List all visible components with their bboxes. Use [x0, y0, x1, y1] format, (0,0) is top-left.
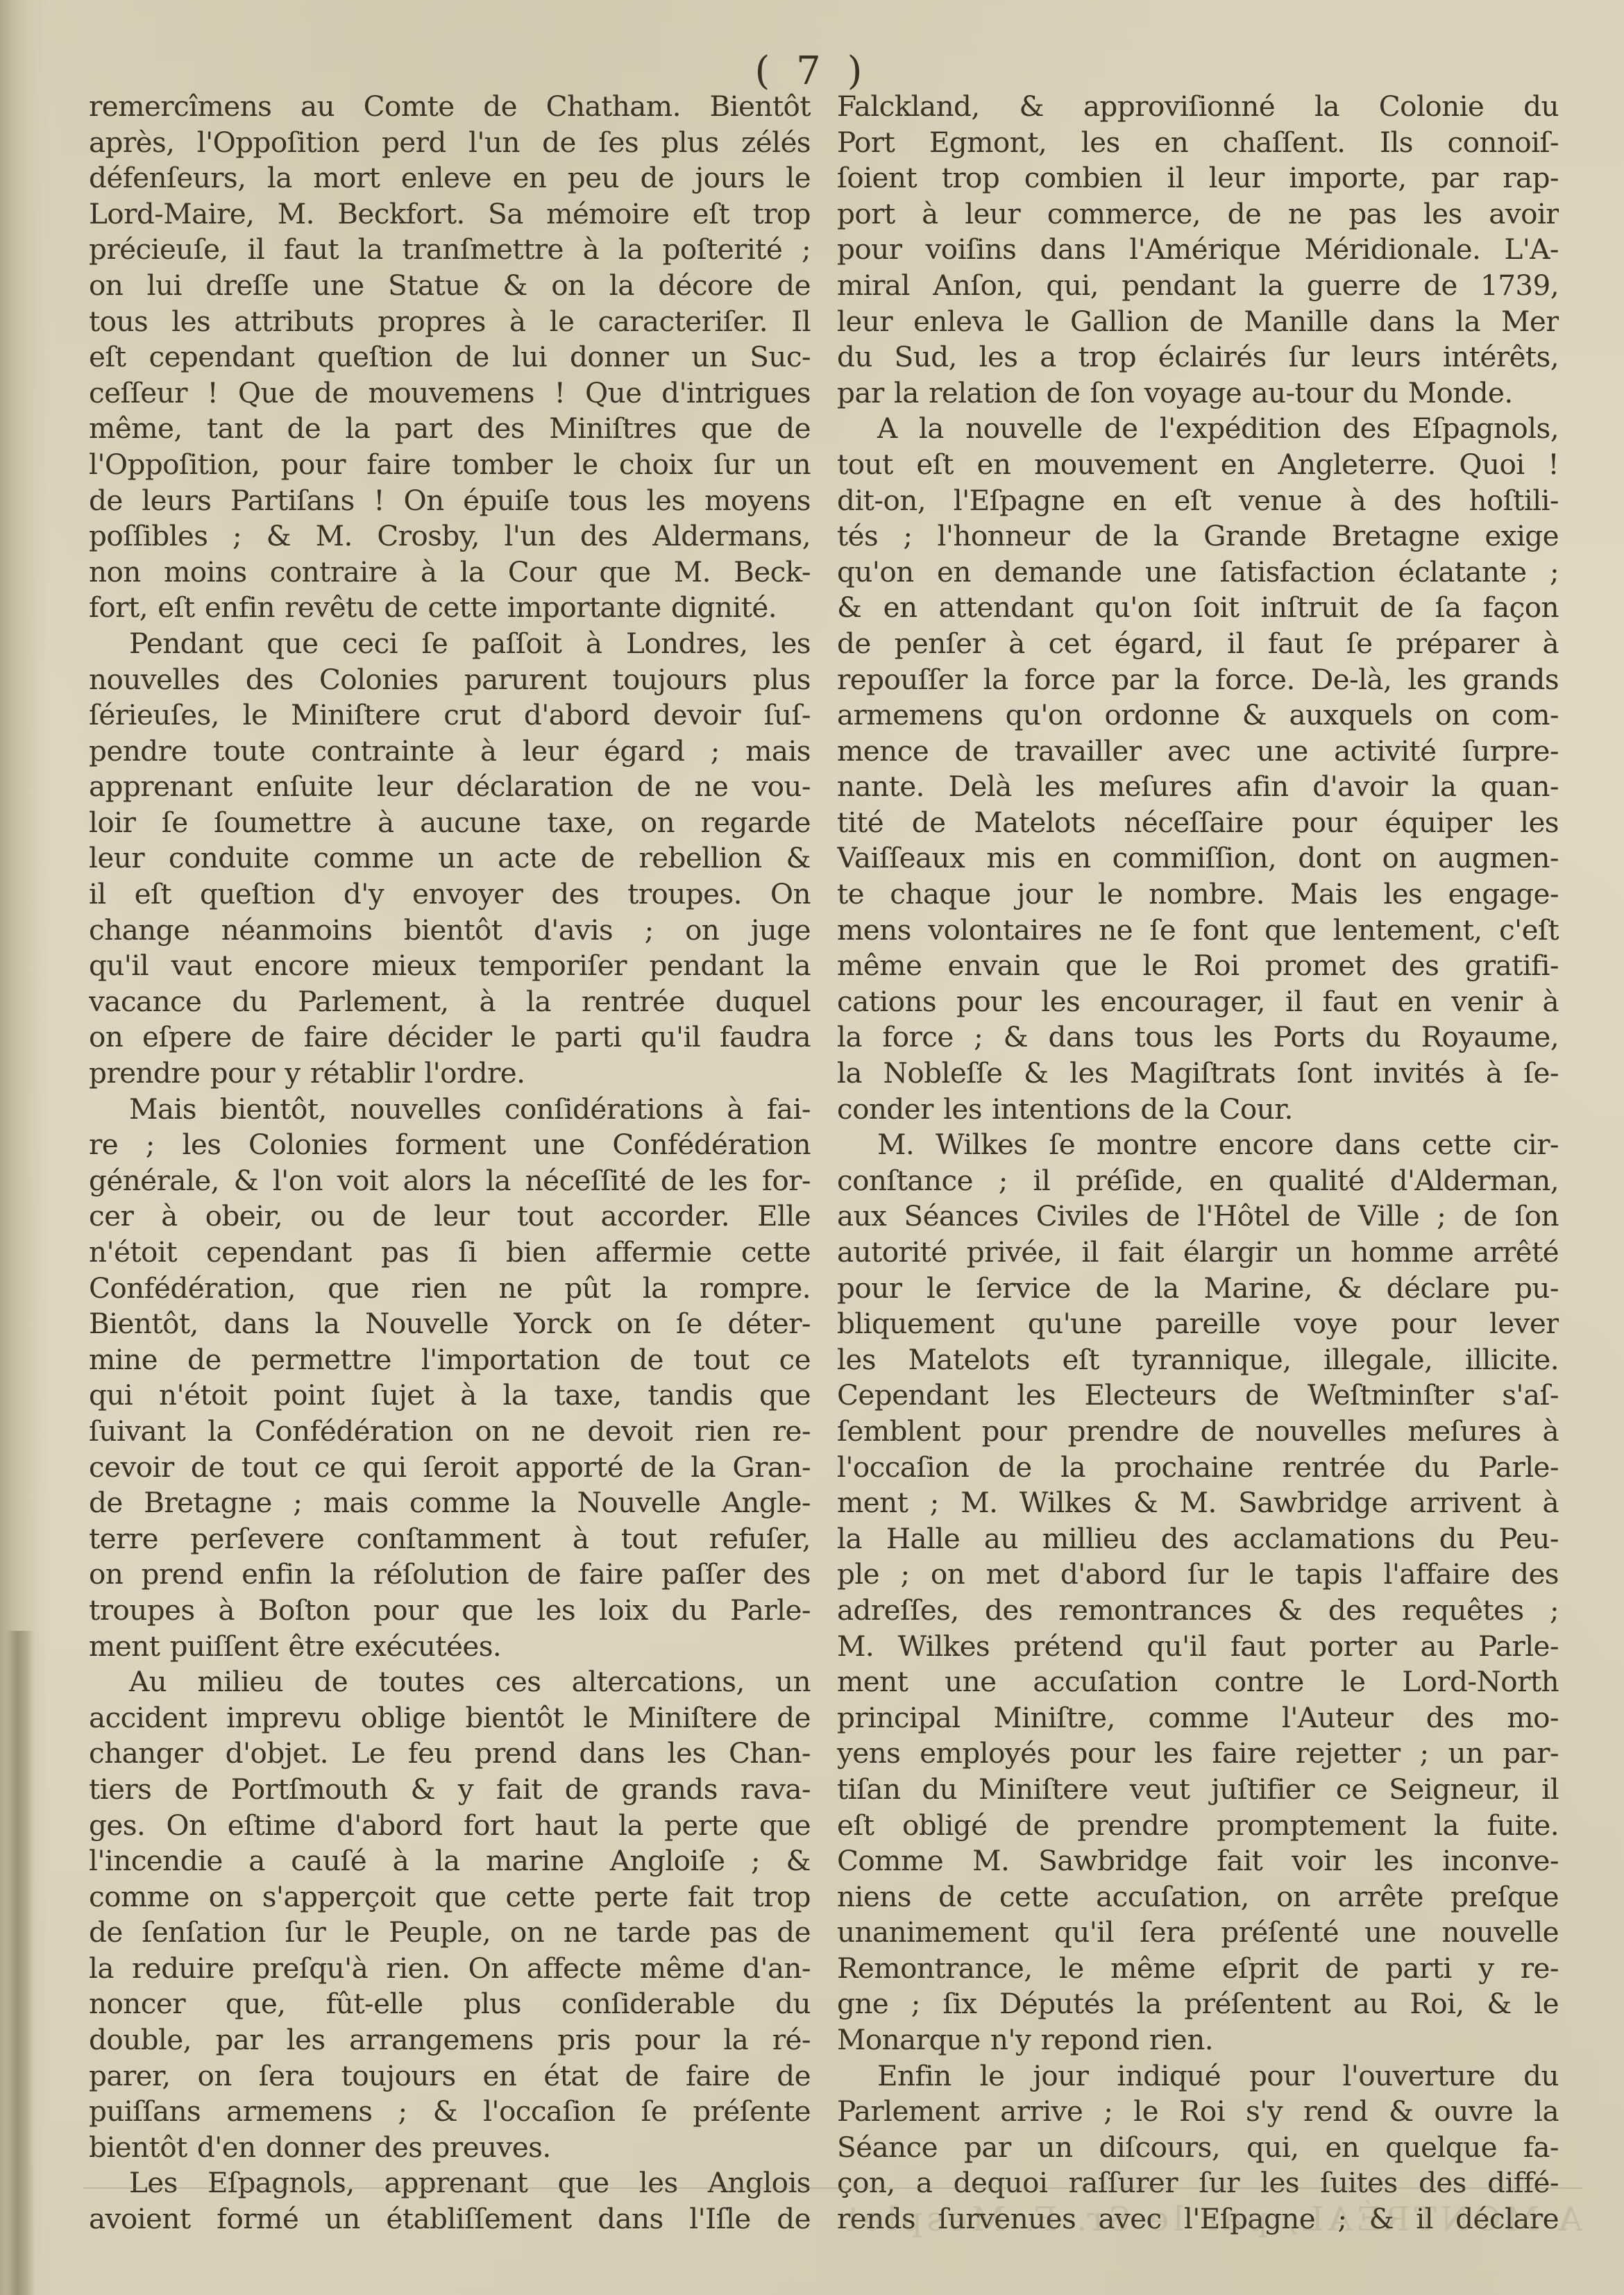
text-line: changer d'objet. Le feu prend dans les C…	[89, 1736, 811, 1772]
text-line: Falckland, & approviſionné la Colonie du	[837, 89, 1559, 125]
text-line: dit-on, l'Eſpagne en eſt venue à des hoſ…	[837, 483, 1559, 519]
text-line: l'Oppoſition, pour faire tomber le choix…	[89, 447, 811, 483]
text-line: pendre toute contrainte à leur égard ; m…	[89, 734, 811, 770]
text-line: troupes à Boſton pour que les loix du Pa…	[89, 1593, 811, 1629]
text-line: Monarque n'y repond rien.	[837, 2022, 1559, 2058]
text-line: eſt cependant queſtion de lui donner un …	[89, 339, 811, 375]
text-line: noncer que, fût-elle plus conſiderable d…	[89, 1986, 811, 2022]
text-line: mine de permettre l'importation de tout …	[89, 1342, 811, 1378]
text-line: pour le ſervice de la Marine, & déclare …	[837, 1271, 1559, 1307]
binding-shadow	[6, 1631, 35, 2295]
text-line: ment puiſſent être exécutées.	[89, 1629, 811, 1665]
text-line: M. Wilkes ſe montre encore dans cette ci…	[837, 1127, 1559, 1163]
text-line: & en attendant qu'on ſoit inſtruit de ſa…	[837, 590, 1559, 626]
text-line: ſoient trop combien il leur importe, par…	[837, 160, 1559, 196]
text-line: change néanmoins bientôt d'avis ; on jug…	[89, 913, 811, 949]
text-line: qu'on en demande une ſatisfaction éclata…	[837, 554, 1559, 591]
text-line: Lord-Maire, M. Beckfort. Sa mémoire eſt …	[89, 196, 811, 232]
text-line: Cependant les Electeurs de Weſtminſter s…	[837, 1378, 1559, 1414]
text-line: fort, eſt enfin revêtu de cette importan…	[89, 590, 811, 626]
text-line: prendre pour y rétablir l'ordre.	[89, 1056, 811, 1092]
text-line: parer, on ſera toujours en état de faire…	[89, 2058, 811, 2094]
text-line: remercîmens au Comte de Chatham. Bientôt	[89, 89, 811, 125]
text-line: de ſenſation ſur le Peuple, on ne tarde …	[89, 1915, 811, 1951]
text-line: pour voiſins dans l'Amérique Méridionale…	[837, 232, 1559, 268]
text-line: ment ; M. Wilkes & M. Sawbridge arrivent…	[837, 1485, 1559, 1521]
text-line: niens de cette accuſation, on arrête pre…	[837, 1879, 1559, 1915]
text-line: A la nouvelle de l'expédition des Eſpagn…	[837, 411, 1559, 447]
text-line: la reduire preſqu'à rien. On affecte mêm…	[89, 1951, 811, 1987]
text-line: cevoir de tout ce qui ſeroit apporté de …	[89, 1450, 811, 1486]
text-line: loir ſe ſoumettre à aucune taxe, on rega…	[89, 805, 811, 841]
text-line: conder les intentions de la Cour.	[837, 1092, 1559, 1128]
text-line: armemens qu'on ordonne & auxquels on com…	[837, 697, 1559, 734]
text-line: de penſer à cet égard, il faut ſe prépar…	[837, 626, 1559, 662]
text-line: même envain que le Roi promet des gratif…	[837, 948, 1559, 984]
text-line: bliquement qu'une pareille voye pour lev…	[837, 1306, 1559, 1342]
text-line: ſemblent pour prendre de nouvelles meſur…	[837, 1414, 1559, 1450]
text-line: tous les attributs propres à le caracter…	[89, 304, 811, 340]
text-line: Remontrance, le même eſprit de parti y r…	[837, 1951, 1559, 1987]
text-line: miral Anſon, qui, pendant la guerre de 1…	[837, 268, 1559, 304]
text-line: bientôt d'en donner des preuves.	[89, 2130, 811, 2166]
text-line: Les Eſpagnols, apprenant que les Anglois	[89, 2165, 811, 2201]
text-line: il eſt queſtion d'y envoyer des troupes.…	[89, 876, 811, 913]
text-line: Mais bientôt, nouvelles conſidérations à…	[89, 1092, 811, 1128]
text-line: çon, a dequoi raſſurer ſur les ſuites de…	[837, 2165, 1559, 2201]
text-line: Comme M. Sawbridge fait voir les inconve…	[837, 1843, 1559, 1879]
text-line: unanimement qu'il ſera préſenté une nouv…	[837, 1915, 1559, 1951]
text-line: tés ; l'honneur de la Grande Bretagne ex…	[837, 518, 1559, 554]
text-line: la Nobleſſe & les Magiſtrats ſont invité…	[837, 1056, 1559, 1092]
text-line: port à leur commerce, de ne pas les avoi…	[837, 196, 1559, 232]
text-line: gne ; ſix Députés la préſentent au Roi, …	[837, 1986, 1559, 2022]
show-through-text: A MONTRÉAL, par le Sr. F. Mesplet	[819, 2200, 1582, 2283]
text-line: nante. Delà les meſures afin d'avoir la …	[837, 769, 1559, 805]
text-line: après, l'Oppoſition perd l'un de ſes plu…	[89, 125, 811, 161]
text-line: nouvelles des Colonies parurent toujours…	[89, 662, 811, 698]
page-number: ( 7 )	[743, 49, 881, 94]
text-line: conſtance ; il préſide, en qualité d'Ald…	[837, 1163, 1559, 1199]
text-line: de Bretagne ; mais comme la Nouvelle Ang…	[89, 1485, 811, 1521]
text-line: précieuſe, il faut la tranſmettre à la p…	[89, 232, 811, 268]
text-line: ceſſeur ! Que de mouvemens ! Que d'intri…	[89, 375, 811, 412]
text-line: aux Séances Civiles de l'Hôtel de Ville …	[837, 1199, 1559, 1235]
text-line: ment une accuſation contre le Lord-North	[837, 1664, 1559, 1700]
text-line: Vaiſſeaux mis en commiſſion, dont on aug…	[837, 840, 1559, 876]
text-line: la Halle au millieu des acclamations du …	[837, 1521, 1559, 1557]
text-line: leur conduite comme un acte de rebellion…	[89, 840, 811, 876]
text-line: adreſſes, des remontrances & des requête…	[837, 1593, 1559, 1629]
text-line: les Matelots eſt tyrannique, illegale, i…	[837, 1342, 1559, 1378]
text-line: Pendant que ceci ſe paſſoit à Londres, l…	[89, 626, 811, 662]
text-line: ſuivant la Confédération on ne devoit ri…	[89, 1414, 811, 1450]
text-line: qu'il vaut encore mieux temporiſer penda…	[89, 948, 811, 984]
text-line: puiſſans armemens ; & l'occaſion ſe préſ…	[89, 2094, 811, 2130]
text-line: non moins contraire à la Cour que M. Bec…	[89, 554, 811, 591]
text-line: vacance du Parlement, à la rentrée duque…	[89, 984, 811, 1020]
text-line: mence de travailler avec une activité ſu…	[837, 734, 1559, 770]
text-line: apprenant enſuite leur déclaration de ne…	[89, 769, 811, 805]
text-column-left: remercîmens au Comte de Chatham. Bientôt…	[89, 89, 811, 2237]
scanned-page: ( 7 ) remercîmens au Comte de Chatham. B…	[0, 0, 1624, 2295]
text-line: cer à obeir, ou de leur tout accorder. E…	[89, 1199, 811, 1235]
text-line: repouſſer la force par la force. De-là, …	[837, 662, 1559, 698]
text-line: M. Wilkes prétend qu'il faut porter au P…	[837, 1629, 1559, 1665]
text-line: Enfin le jour indiqué pour l'ouverture d…	[837, 2058, 1559, 2094]
text-line: l'incendie a cauſé à la marine Angloiſe …	[89, 1843, 811, 1879]
text-line: générale, & l'on voit alors la néceſſité…	[89, 1163, 811, 1199]
text-line: avoient formé un établiſſement dans l'Iſ…	[89, 2201, 811, 2237]
text-line: leur enleva le Gallion de Manille dans l…	[837, 304, 1559, 340]
text-line: ſérieuſes, le Miniſtere crut d'abord dev…	[89, 697, 811, 734]
text-line: ple ; on met d'abord ſur le tapis l'affa…	[837, 1557, 1559, 1593]
text-line: poſſibles ; & M. Crosby, l'un des Alderm…	[89, 518, 811, 554]
text-line: la force ; & dans tous les Ports du Roya…	[837, 1019, 1559, 1056]
bottom-rule	[83, 2187, 1582, 2189]
text-line: de leurs Partiſans ! On épuiſe tous les …	[89, 483, 811, 519]
text-line: Parlement arrive ; le Roi s'y rend & ouv…	[837, 2094, 1559, 2130]
text-line: du Sud, les a trop éclairés ſur leurs in…	[837, 339, 1559, 375]
text-line: Port Egmont, les en chaſſent. Ils connoi…	[837, 125, 1559, 161]
text-line: accident imprevu oblige bientôt le Miniſ…	[89, 1700, 811, 1736]
text-line: terre perſevere conſtamment à tout refuſ…	[89, 1521, 811, 1557]
text-line: défenſeurs, la mort enleve en peu de jou…	[89, 160, 811, 196]
text-line: double, par les arrangemens pris pour la…	[89, 2022, 811, 2058]
text-line: comme on s'apperçoit que cette perte fai…	[89, 1879, 811, 1915]
text-line: Séance par un diſcours, qui, en quelque …	[837, 2130, 1559, 2166]
text-line: on eſpere de faire décider le parti qu'i…	[89, 1019, 811, 1056]
text-line: tiſan du Miniſtere veut juſtifier ce Sei…	[837, 1772, 1559, 1808]
text-line: autorité privée, il fait élargir un homm…	[837, 1235, 1559, 1271]
text-line: cations pour les encourager, il faut en …	[837, 984, 1559, 1020]
text-line: qui n'étoit point ſujet à la taxe, tandi…	[89, 1378, 811, 1414]
text-line: eſt obligé de prendre promptement la fui…	[837, 1808, 1559, 1844]
text-line: tout eſt en mouvement en Angleterre. Quo…	[837, 447, 1559, 483]
text-line: l'occaſion de la prochaine rentrée du Pa…	[837, 1450, 1559, 1486]
text-line: Bientôt, dans la Nouvelle Yorck on ſe dé…	[89, 1306, 811, 1342]
text-line: ges. On eſtime d'abord fort haut la pert…	[89, 1808, 811, 1844]
text-line: n'étoit cependant pas ſi bien affermie c…	[89, 1235, 811, 1271]
text-line: par la relation de ſon voyage au-tour du…	[837, 375, 1559, 412]
text-column-right: Falckland, & approviſionné la Colonie du…	[837, 89, 1559, 2237]
text-line: yens employés pour les faire rejetter ; …	[837, 1736, 1559, 1772]
text-line: te chaque jour le nombre. Mais les engag…	[837, 876, 1559, 913]
text-line: on prend enfin la réſolution de faire pa…	[89, 1557, 811, 1593]
text-line: principal Miniſtre, comme l'Auteur des m…	[837, 1700, 1559, 1736]
text-line: même, tant de la part des Miniſtres que …	[89, 411, 811, 447]
text-line: Confédération, que rien ne pût la rompre…	[89, 1271, 811, 1307]
text-line: tiers de Portſmouth & y fait de grands r…	[89, 1772, 811, 1808]
text-line: on lui dreſſe une Statue & on la décore …	[89, 268, 811, 304]
text-line: tité de Matelots néceſſaire pour équiper…	[837, 805, 1559, 841]
text-line: re ; les Colonies forment une Confédérat…	[89, 1127, 811, 1163]
text-line: Au milieu de toutes ces altercations, un	[89, 1664, 811, 1700]
text-line: mens volontaires ne ſe font que lentemen…	[837, 913, 1559, 949]
